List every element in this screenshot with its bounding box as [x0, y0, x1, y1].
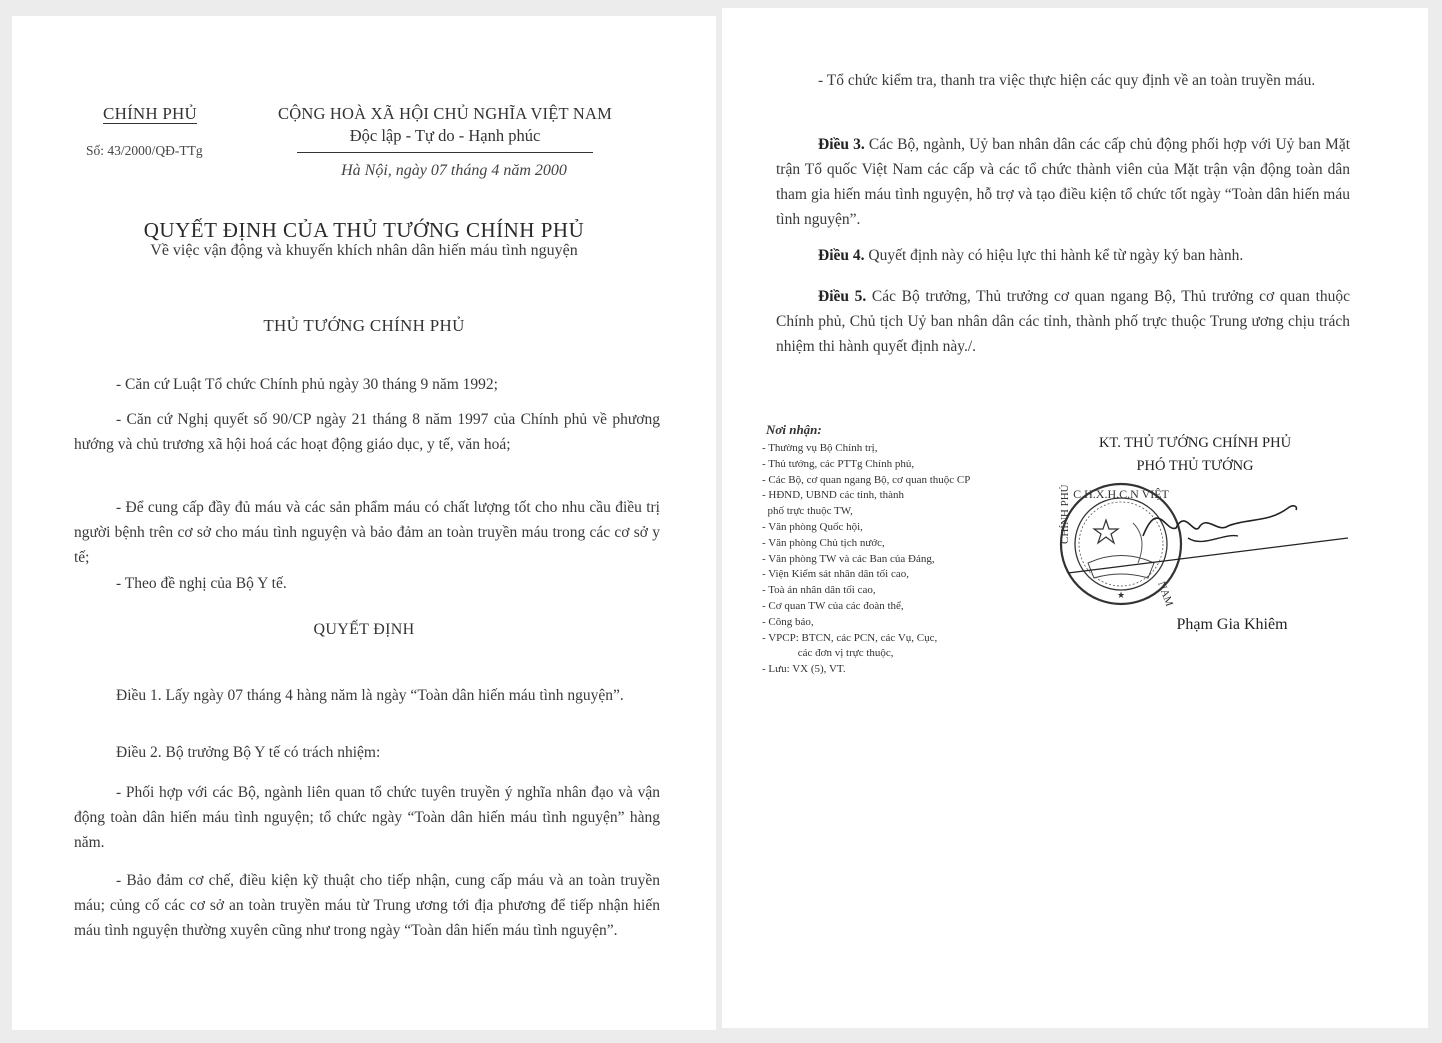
article-4: Điều 4. Quyết định này có hiệu lực thi h…: [776, 243, 1350, 268]
recipient-item: - Thường vụ Bộ Chính trị,: [762, 441, 970, 457]
article-1-label: Điều 1.: [116, 687, 162, 704]
recipient-item: - Cơ quan TW của các đoàn thể,: [762, 599, 970, 615]
article-2-text: Bộ trưởng Bộ Y tế có trách nhiệm:: [166, 744, 381, 761]
recipient-item: - Thủ tướng, các PTTg Chính phủ,: [762, 457, 970, 473]
recipient-item: - Văn phòng TW và các Ban của Đảng,: [762, 552, 970, 568]
article-3: Điều 3. Các Bộ, ngành, Uỷ ban nhân dân c…: [776, 132, 1350, 232]
recipient-item: - Công báo,: [762, 615, 970, 631]
motto-underline: [297, 152, 593, 153]
article-1-text: Lấy ngày 07 tháng 4 hàng năm là ngày “To…: [166, 687, 624, 704]
national-motto-wrap: Độc lập - Tự do - Hạnh phúc: [297, 126, 593, 157]
decides-heading: QUYẾT ĐỊNH: [12, 621, 716, 639]
signer-position: PHÓ THỦ TƯỚNG: [1040, 458, 1350, 475]
decision-title: QUYẾT ĐỊNH CỦA THỦ TƯỚNG CHÍNH PHỦ: [12, 218, 716, 243]
document-page-right: - Tổ chức kiểm tra, thanh tra việc thực …: [722, 8, 1428, 1028]
recipient-item: - VPCP: BTCN, các PCN, các Vụ, Cục,: [762, 631, 970, 647]
basis-2: - Căn cứ Nghị quyết số 90/CP ngày 21 thá…: [74, 407, 660, 457]
recipient-item: - Các Bộ, cơ quan ngang Bộ, cơ quan thuộ…: [762, 473, 970, 489]
recipients-heading: Nơi nhận:: [766, 422, 822, 438]
article-4-text: Quyết định này có hiệu lực thi hành kể t…: [868, 247, 1243, 264]
authority-heading: THỦ TƯỚNG CHÍNH PHỦ: [12, 316, 716, 336]
agency-name: CHÍNH PHỦ: [103, 104, 197, 124]
article-2: Điều 2. Bộ trưởng Bộ Y tế có trách nhiệm…: [74, 740, 660, 765]
document-page-left: CHÍNH PHỦ Số: 43/2000/QĐ-TTg CỘNG HOÀ XÃ…: [12, 16, 716, 1030]
official-seal-icon: C.H.X.H.C.N VIỆT CHÍNH PHỦ NAM ★: [1048, 478, 1358, 618]
document-number: Số: 43/2000/QĐ-TTg: [86, 143, 203, 159]
recipient-item: các đơn vị trực thuộc,: [762, 646, 970, 662]
article-4-label: Điều 4.: [818, 247, 865, 264]
recipient-item: - Lưu: VX (5), VT.: [762, 662, 970, 678]
seal-text-top: C.H.X.H.C.N VIỆT: [1073, 487, 1169, 501]
recipient-item: phố trực thuộc TW,: [762, 504, 970, 520]
seal-text-left: CHÍNH PHỦ: [1059, 484, 1071, 544]
article-3-label: Điều 3.: [818, 136, 865, 153]
recipient-item: - Viện Kiểm sát nhân dân tối cao,: [762, 567, 970, 583]
recipient-item: - HĐND, UBND các tỉnh, thành: [762, 488, 970, 504]
svg-text:★: ★: [1117, 590, 1125, 600]
recipient-item: - Văn phòng Quốc hội,: [762, 520, 970, 536]
national-motto: Độc lập - Tự do - Hạnh phúc: [350, 126, 541, 145]
recipients-list: - Thường vụ Bộ Chính trị,- Thủ tướng, cá…: [762, 441, 970, 678]
article-2-item-2: - Bảo đảm cơ chế, điều kiện kỹ thuật cho…: [74, 868, 660, 943]
basis-1: - Căn cứ Luật Tổ chức Chính phủ ngày 30 …: [74, 372, 660, 397]
recipient-item: - Toà án nhân dân tối cao,: [762, 583, 970, 599]
basis-3: - Để cung cấp đầy đủ máu và các sản phẩm…: [74, 495, 660, 570]
signer-name: Phạm Gia Khiêm: [1132, 616, 1332, 634]
basis-4: - Theo đề nghị của Bộ Y tế.: [74, 571, 660, 596]
signer-on-behalf: KT. THỦ TƯỚNG CHÍNH PHỦ: [1040, 435, 1350, 452]
seal-text-right: NAM: [1155, 580, 1175, 608]
article-2-item-3: - Tổ chức kiểm tra, thanh tra việc thực …: [776, 68, 1350, 93]
place-date: Hà Nội, ngày 07 tháng 4 năm 2000: [284, 162, 624, 180]
article-5: Điều 5. Các Bộ trưởng, Thủ trưởng cơ qua…: [776, 284, 1350, 359]
decision-subject: Về việc vận động và khuyến khích nhân dâ…: [12, 242, 716, 260]
issuing-agency: CHÍNH PHỦ: [90, 104, 210, 124]
national-title: CỘNG HOÀ XÃ HỘI CHỦ NGHĨA VIỆT NAM: [270, 104, 620, 124]
article-1: Điều 1. Lấy ngày 07 tháng 4 hàng năm là …: [74, 683, 660, 708]
article-2-item-1: - Phối hợp với các Bộ, ngành liên quan t…: [74, 780, 660, 855]
recipient-item: - Văn phòng Chủ tịch nước,: [762, 536, 970, 552]
article-2-label: Điều 2.: [116, 744, 162, 761]
article-5-label: Điều 5.: [818, 288, 866, 305]
